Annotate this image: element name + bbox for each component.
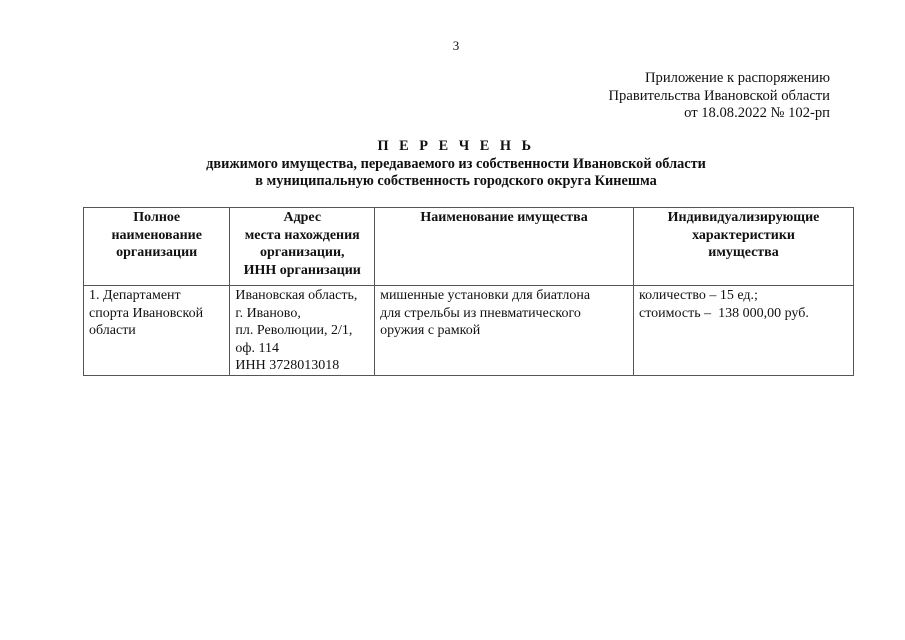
appendix-line: Приложение к распоряжению <box>609 70 830 88</box>
title-subtitle-line: движимого имущества, передаваемого из со… <box>0 156 905 174</box>
appendix-reference: Приложение к распоряжению Правительства … <box>609 70 830 123</box>
cell-property-name: мишенные установки для биатлона для стре… <box>375 286 634 376</box>
header-address: Адрес места нахождения организации, ИНН … <box>230 208 375 286</box>
table-row: 1. Департамент спорта Ивановской области… <box>84 286 854 376</box>
header-property-name: Наименование имущества <box>375 208 634 286</box>
page-number: 3 <box>0 38 905 54</box>
table-header-row: Полное наименование организации Адрес ме… <box>84 208 854 286</box>
title-main: П Е Р Е Ч Е Н Ь <box>0 138 905 156</box>
header-characteristics: Индивидуализирующие характеристики имуще… <box>634 208 854 286</box>
property-table: Полное наименование организации Адрес ме… <box>83 207 854 376</box>
cell-characteristics: количество – 15 ед.; стоимость – 138 000… <box>634 286 854 376</box>
header-organization: Полное наименование организации <box>84 208 230 286</box>
document-title: П Е Р Е Ч Е Н Ь движимого имущества, пер… <box>0 138 905 191</box>
appendix-line: Правительства Ивановской области <box>609 88 830 106</box>
cell-address: Ивановская область, г. Иваново, пл. Рево… <box>230 286 375 376</box>
cell-organization: 1. Департамент спорта Ивановской области <box>84 286 230 376</box>
title-subtitle-line: в муниципальную собственность городского… <box>0 173 905 191</box>
appendix-line: от 18.08.2022 № 102-рп <box>609 105 830 123</box>
